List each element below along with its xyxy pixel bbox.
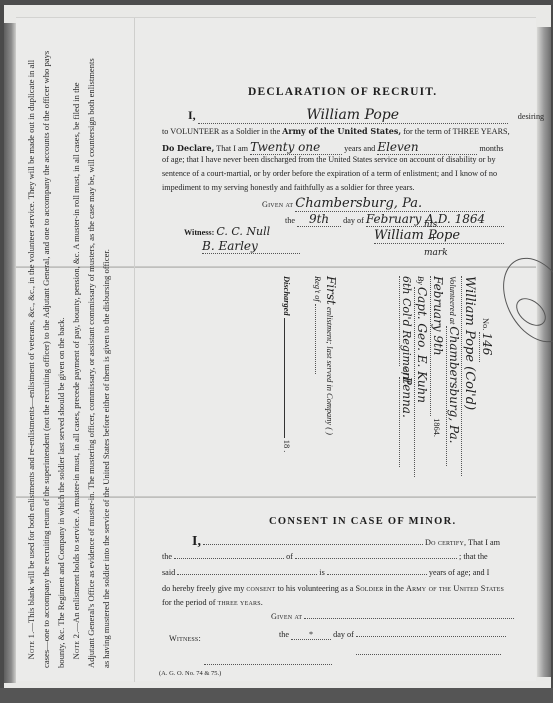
consent-line-2: the of ; that the <box>162 552 488 561</box>
consent-of-field[interactable] <box>295 558 457 559</box>
page-edge-shadow-right <box>537 27 551 677</box>
margin-rule <box>134 18 135 682</box>
endorsement-by: By Capt. Geo. E. Kuhn <box>414 276 429 477</box>
endorsement-enlistment-status: First enlistment; last served in Company… <box>324 276 338 435</box>
consent-witness-label: Witness: <box>169 634 201 643</box>
consent-name-field[interactable] <box>203 544 423 545</box>
given-at-line: Given at Chambersburg, Pa. <box>262 196 485 212</box>
consent-title: CONSENT IN CASE OF MINOR. <box>269 516 456 527</box>
witness-line-2: B. Earley <box>202 239 300 254</box>
witness-line-1: Witness: C. C. Null <box>184 225 270 238</box>
declaration-line-5: sentence of a court-martial, or by order… <box>162 169 497 178</box>
page-edge-shadow-left <box>4 23 16 683</box>
witness-2-signature: B. Earley <box>202 239 258 253</box>
age-months: Eleven <box>377 140 418 154</box>
date-line: the 9th day of February A.D. 1864 <box>285 212 504 227</box>
consent-said-field[interactable] <box>177 574 317 575</box>
enlistment-day: 9th <box>309 212 329 226</box>
note-1-line-1: Note 1.—This blank will be used for both… <box>24 48 39 668</box>
consent-day-field[interactable]: * <box>291 630 331 640</box>
recruit-name: William Pope <box>306 107 399 123</box>
enlistment-form: Note 1.—This blank will be used for both… <box>16 17 536 681</box>
endorsement-date: February 9th 1864. <box>430 276 445 437</box>
mark-cross: + <box>430 230 437 245</box>
note-1-line-3: bounty, &c. The Regiment and Company in … <box>54 48 69 668</box>
consent-line-1: I, Do certify, That I am <box>192 534 500 550</box>
consent-relation-field[interactable] <box>174 558 284 559</box>
consent-date: the * day of <box>279 630 506 640</box>
endorsement-name: William Pope (Col'd) <box>461 276 477 476</box>
note-2-line-3: as having mustered the soldier into the … <box>99 48 114 668</box>
viewer-bottom-bar <box>0 688 553 703</box>
witness-1-signature: C. C. Null <box>216 225 270 238</box>
consent-given-at: Given at <box>271 612 514 621</box>
consent-line-3: said is years of age; and I <box>162 568 489 577</box>
consent-given-at-field[interactable] <box>304 618 514 619</box>
form-footer-code: (A. G. O. No. 74 & 75.) <box>159 670 221 677</box>
given-at-place: Chambersburg, Pa. <box>295 196 422 211</box>
consent-signature-line <box>356 648 501 657</box>
endorsement-volunteered-at: Volunteered at Chambersburg, Pa. <box>446 276 461 466</box>
consent-age-field[interactable] <box>327 574 427 575</box>
declaration-line-1: I, William Pope desiring <box>188 107 544 124</box>
consent-month-field[interactable] <box>356 636 506 637</box>
scanned-page: Note 1.—This blank will be used for both… <box>4 5 551 688</box>
age-years: Twenty one <box>250 140 320 154</box>
note-2-line-1: Note 2.—An enlistment holds to service. … <box>69 48 84 668</box>
endorsement-regt-of: Reg't of <box>313 276 322 374</box>
mark-label: mark <box>424 247 448 258</box>
endorsement-regiment: 6th Col'd Regiment of Penna. <box>399 276 414 467</box>
note-2-line-2: Adjutant General's Office as evidence of… <box>84 48 99 668</box>
declaration-line-3: Do Declare, That I am Twenty one years a… <box>162 140 503 155</box>
consent-witness-line <box>204 658 332 667</box>
endorsement-discharged: Discharged 18 . <box>282 276 291 452</box>
form-notes: Note 1.—This blank will be used for both… <box>24 48 134 668</box>
declaration-line-2: to VOLUNTEER as a Soldier in the Army of… <box>162 126 510 136</box>
declaration-line-4: of age; that I have never been discharge… <box>162 155 496 164</box>
consent-line-5: for the period of three years. <box>162 598 263 607</box>
endorsement-number: No. 146 <box>479 318 494 362</box>
declaration-title: DECLARATION OF RECRUIT. <box>248 86 437 98</box>
note-1-line-2: cases—one to accompany the recruiting re… <box>39 48 54 668</box>
declaration-line-6: impediment to my serving honestly and fa… <box>162 183 415 192</box>
recruit-signature: William Pope <box>374 228 504 244</box>
consent-line-4: do hereby freely give my consent to his … <box>162 584 504 593</box>
